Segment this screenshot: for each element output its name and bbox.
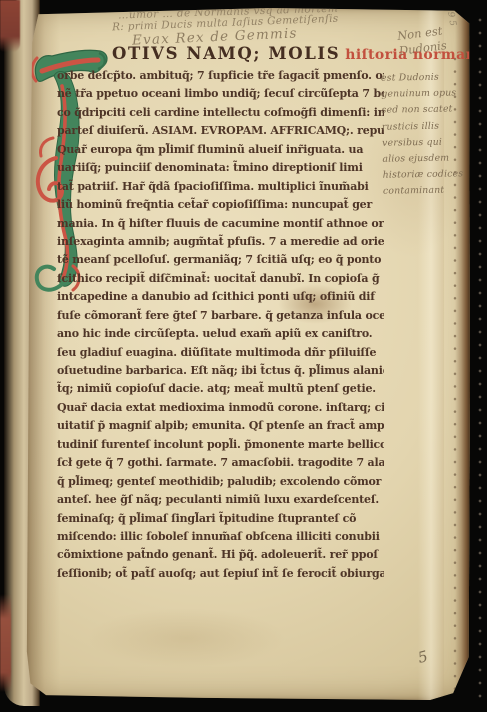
manuscript-line: q̃ pl̃imeq; genteſ meothidib; paludib; e… (57, 473, 384, 491)
manuscript-line: ſeu gladiuſ euagina. diũſitate multimoda… (57, 344, 384, 362)
manuscript-line: Quar̃ dacia extat medioxima inmodũ coron… (57, 399, 384, 417)
manuscript-line: nẽ tr̃a ppetuo oceani limbo undiq̃; ſecu… (57, 85, 384, 103)
manuscript-text-block: orbe deſcp̃to. ambituq̃; 7 ſupficie tr̃e… (57, 67, 384, 583)
margin-note-line: alios ejusdem (382, 150, 464, 168)
manuscript-line: co q̃dripciti celi cardine intellectu co… (57, 104, 384, 122)
incipit-capitals: OTIVS NAMQ; MOLIS (112, 44, 340, 63)
manuscript-line: ano hic inde circũſepta. uelud exam̃ api… (57, 325, 384, 343)
margin-note-line: contaminant (383, 183, 465, 201)
manuscript-line: feminaſq; q̃ pl̃imaſ ſingl̃ari t̃pitudin… (57, 510, 384, 528)
margin-note-line: rusticis illis (382, 118, 464, 136)
manuscript-line: mania. In q̃ hiſter fluuis de cacumine m… (57, 215, 384, 233)
manuscript-line: uariiſq̃; puinciiſ denominata: t̃mino di… (57, 159, 384, 177)
manuscript-line: liũ hominũ freq̃ntia cet̃ar̃ copioſiſſim… (57, 196, 384, 214)
margin-note-line: sed non scatet (381, 102, 463, 120)
manuscript-line: ſcł gete q̃ 7 gothi. ſarmate. 7 amacſobi… (57, 454, 384, 472)
manuscript-line: fuſe cõmorant̃ fere g̃teſ 7 barbare. q̃ … (57, 307, 384, 325)
margin-note-line: genuinum opus (381, 85, 463, 103)
manuscript-line: tẽ meanſ pcelloſuſ. germaniãq; 7 ſcitiã … (57, 251, 384, 269)
manuscript-line: anteſ. hee g̃ſ nãq; peculanti nimiũ luxu… (57, 491, 384, 509)
parchment-page: …umor … de Normanis vsq ad mortem R: pri… (26, 8, 470, 700)
margin-note-est-dudonis: est Dudonisgenuinum opussed non scatetru… (381, 69, 465, 200)
manuscript-line: miſcendo: illic ſoboleſ innum̃aſ obſcena… (57, 528, 384, 546)
margin-note-line: versibus qui (382, 134, 464, 152)
margin-note-line: est Dudonis (381, 69, 463, 87)
manuscript-line: ſcithico recipit̃ diſc̃minat̃: uocitat̃ … (57, 270, 384, 288)
manuscript-line: parteſ diuiſerũ. ASIAM. EVROPAM. AFFRICA… (57, 122, 384, 140)
manuscript-line: orbe deſcp̃to. ambituq̃; 7 ſupficie tr̃e… (57, 67, 384, 85)
manuscript-line: tudiniſ furenteſ incolunt popl̃i. p̃mone… (57, 436, 384, 454)
manuscript-line: intcapedine a danubio ad ſcithici ponti … (57, 288, 384, 306)
previous-folio-red-edge-top (0, 0, 20, 52)
margin-note-line: historiæ codices (383, 166, 465, 184)
manuscript-line: Quar̃ europa q̃m pl̃imiſ fluminũ alueiſ … (57, 141, 384, 159)
incipit-heading: OTIVS NAMQ; MOLIShiſtoria normanor̃. (112, 44, 487, 63)
manuscript-line: uitatiſ p̃ magniſ alpib; emunita. Qſ pte… (57, 417, 384, 435)
manuscript-line: t̃q; nimiũ copioſuſ dacie. atq; meat̃ mu… (57, 380, 384, 398)
previous-folio-red-edge-bottom (0, 594, 11, 692)
manuscript-line: ſeſſionib; ot̃ pat̃ſ auoſq; aut ſepiuſ i… (57, 565, 384, 583)
manuscript-line: tat̃ patriiſ. Har̃ q̃dã ſpacioſiſſima. m… (57, 178, 384, 196)
manuscript-photo: { "photo": { "background_color": "#07070… (0, 0, 487, 712)
manuscript-line: oſuetudine barbarica. Eſt nãq; ibi t̃ctu… (57, 362, 384, 380)
manuscript-line: cõmixtione pat̃ndo genant̃. Hi p̃q̃. ado… (57, 546, 384, 564)
manuscript-line: inſexaginta amnib; augm̃tat̃ pfuſis. 7 a… (57, 233, 384, 251)
edge-stitch-dots (478, 14, 482, 706)
rubric-historia-normannorum: hiſtoria normanor̃. (340, 47, 487, 63)
parchment-stain (86, 608, 286, 668)
